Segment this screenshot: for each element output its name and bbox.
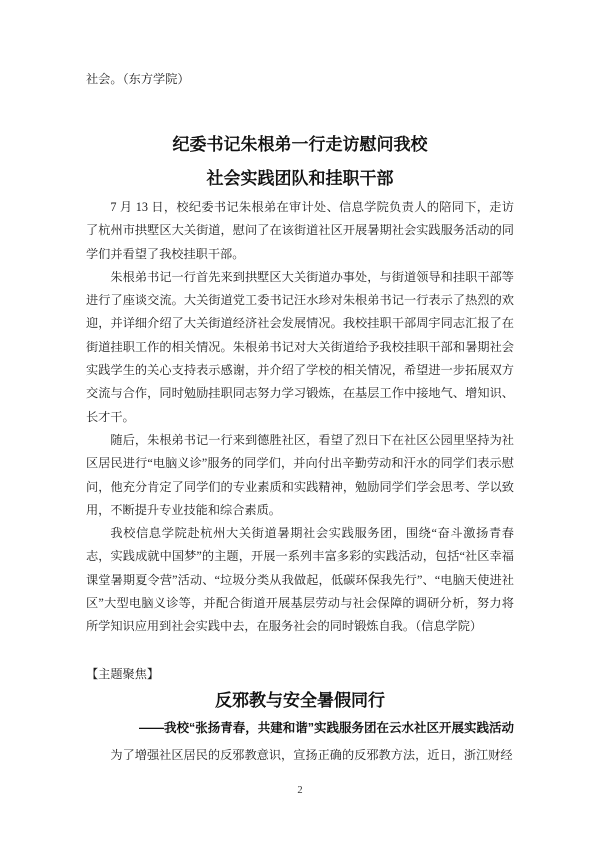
article1-title-line1: 纪委书记朱根弟一行走访慰问我校 [86, 128, 514, 162]
article1-paragraph-4: 我校信息学院赴杭州大关街道暑期社会实践服务团，围绕“奋斗激扬青春志，实践成就中国… [86, 522, 514, 638]
page-number: 2 [86, 784, 514, 798]
article2-title: 反邪教与安全暑假同行 [86, 689, 514, 713]
article1-paragraph-3: 随后，朱根弟书记一行来到德胜社区，看望了烈日下在社区公园里坚持为社区居民进行“电… [86, 429, 514, 522]
article1-paragraph-1: 7 月 13 日，校纪委书记朱根弟在审计处、信息学院负责人的陪同下，走访了杭州市… [86, 196, 514, 266]
article1-paragraph-2: 朱根弟书记一行首先来到拱墅区大关街道办事处，与街道领导和挂职干部等进行了座谈交流… [86, 266, 514, 429]
leading-paragraph-end: 社会。（东方学院） [86, 71, 514, 87]
section-label: 【主题聚焦】 [86, 663, 514, 686]
document-page: 社会。（东方学院） 纪委书记朱根弟一行走访慰问我校 社会实践团队和挂职干部 7 … [0, 0, 600, 848]
article1-title: 纪委书记朱根弟一行走访慰问我校 社会实践团队和挂职干部 [86, 128, 514, 196]
article1-title-line2: 社会实践团队和挂职干部 [86, 162, 514, 196]
article2-paragraph-1: 为了增强社区居民的反邪教意识，宣扬正确的反邪教方法，近日，浙江财经 [86, 744, 514, 767]
article2-subtitle: ——我校“张扬青春，共建和谐”实践服务团在云水社区开展实践活动 [86, 720, 514, 736]
